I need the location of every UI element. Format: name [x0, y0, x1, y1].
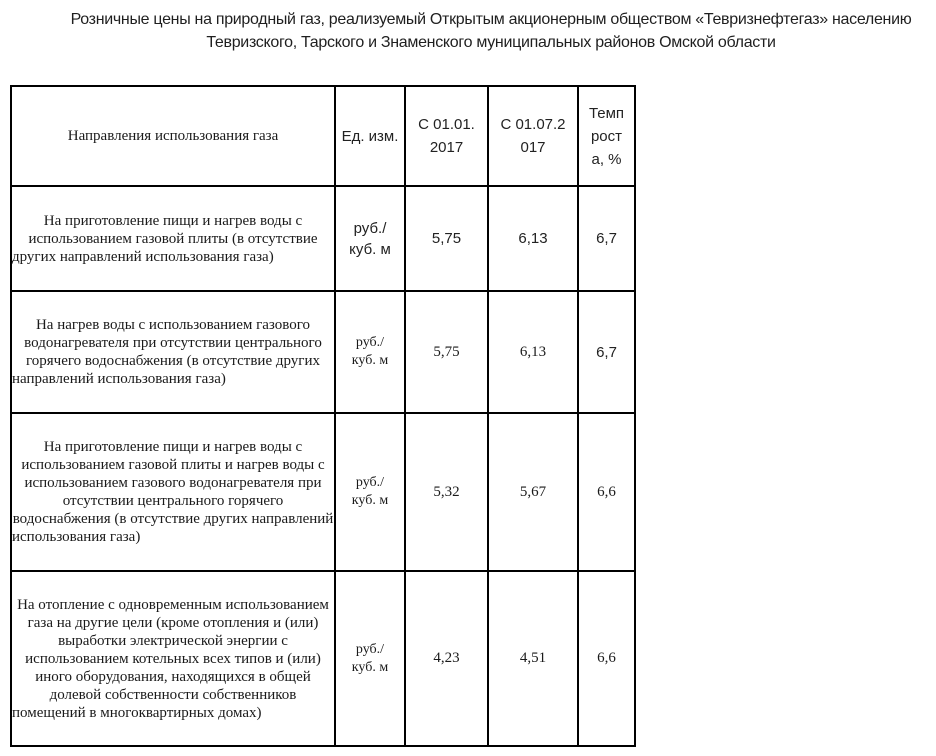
document-title: Розничные цены на природный газ, реализу… — [0, 8, 936, 54]
header-price-jul: С 01.07.2017 — [488, 86, 578, 186]
row-price-jul: 4,51 — [488, 571, 578, 746]
row-unit: руб./ куб. м — [335, 571, 405, 746]
row-direction: На отопление с одновременным использован… — [11, 571, 335, 746]
table-header-row: Направления использования газа Ед. изм. … — [11, 86, 635, 186]
table-row: На приготовление пищи и нагрев воды с ис… — [11, 413, 635, 571]
row-direction: На приготовление пищи и нагрев воды с ис… — [11, 186, 335, 291]
header-price-jan: С 01.01.2017 — [405, 86, 488, 186]
row-growth: 6,6 — [578, 571, 635, 746]
row-price-jan: 5,75 — [405, 291, 488, 413]
row-price-jul: 5,67 — [488, 413, 578, 571]
table-row: На приготовление пищи и нагрев воды с ис… — [11, 186, 635, 291]
row-price-jul: 6,13 — [488, 291, 578, 413]
row-unit: руб./ куб. м — [335, 413, 405, 571]
header-growth: Темп роста, % — [578, 86, 635, 186]
row-price-jan: 5,32 — [405, 413, 488, 571]
row-price-jul: 6,13 — [488, 186, 578, 291]
title-line-2: Тевризского, Тарского и Знаменского муни… — [0, 31, 936, 54]
row-direction: На приготовление пищи и нагрев воды с ис… — [11, 413, 335, 571]
title-line-1: Розничные цены на природный газ, реализу… — [0, 8, 936, 31]
row-unit: руб./ куб. м — [335, 186, 405, 291]
header-direction: Направления использования газа — [11, 86, 335, 186]
row-growth: 6,7 — [578, 291, 635, 413]
row-unit: руб./ куб. м — [335, 291, 405, 413]
row-price-jan: 4,23 — [405, 571, 488, 746]
row-price-jan: 5,75 — [405, 186, 488, 291]
gas-prices-table: Направления использования газа Ед. изм. … — [10, 85, 636, 747]
row-direction: На нагрев воды с использованием газового… — [11, 291, 335, 413]
table-row: На нагрев воды с использованием газового… — [11, 291, 635, 413]
row-growth: 6,6 — [578, 413, 635, 571]
header-unit: Ед. изм. — [335, 86, 405, 186]
table-row: На отопление с одновременным использован… — [11, 571, 635, 746]
row-growth: 6,7 — [578, 186, 635, 291]
